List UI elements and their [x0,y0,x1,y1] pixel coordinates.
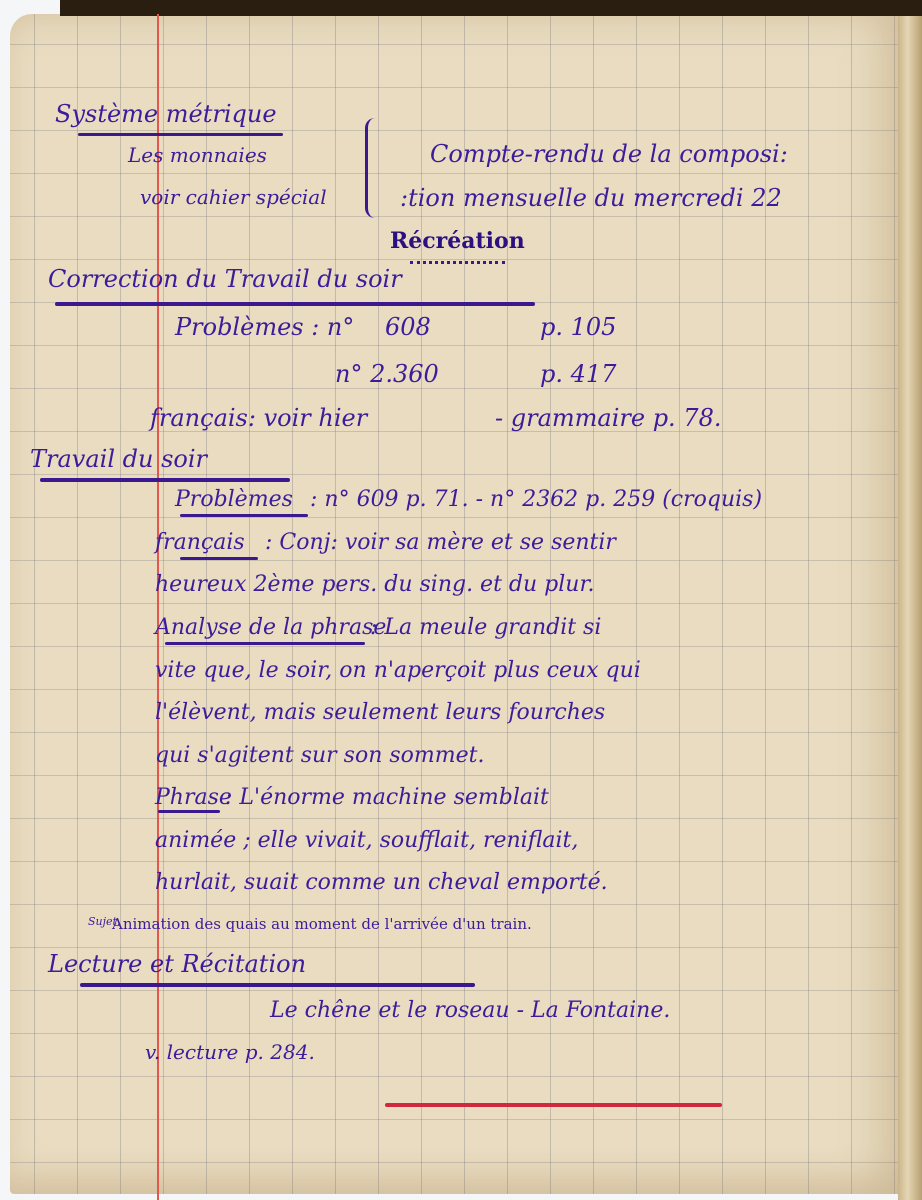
section-lecture-underline [80,983,475,987]
analyse-line2: vite que, le soir, on n'aperçoit plus ce… [155,658,641,683]
travail-francais-line2: heureux 2ème pers. du sing. et du plur. [155,572,595,597]
phrase-line1: : L'énorme machine semblait [225,785,549,810]
compte-rendu-line2: :tion mensuelle du mercredi 22 [400,184,782,212]
problem1-page: p. 105 [540,313,616,341]
problem2-number: n° 2.360 [335,360,439,388]
heading-underline [78,133,283,136]
note-cahier-special: voir cahier spécial [140,185,327,209]
phrase-line3: hurlait, suait comme un cheval emporté. [155,870,608,895]
page-binding-edge [898,16,922,1200]
section-correction-underline [55,302,535,306]
phrase-line2: animée ; elle vivait, soufflait, renifla… [155,828,578,853]
travail-problems-text: : n° 609 p. 71. - n° 2362 p. 259 (croqui… [310,487,762,512]
recreation-wavy-underline [410,255,505,264]
sujet-text: Animation des quais au moment de l'arriv… [112,915,532,933]
heading-systeme-metrique: Système métrique [55,100,277,128]
curly-brace [365,118,382,218]
phrase-label: Phrase [155,785,232,810]
grammaire-ref: - grammaire p. 78. [495,404,721,432]
lecture-line2: v. lecture p. 284. [145,1040,315,1064]
travail-francais-label: français [155,530,245,555]
phrase-underline [158,810,220,813]
francais-voir-hier: français: voir hier [150,404,367,432]
recreation-heading: Récréation [390,228,525,254]
travail-francais-underline [180,557,258,560]
lecture-line1: Le chêne et le roseau - La Fontaine. [270,998,670,1023]
section-travail-title: Travail du soir [30,445,207,473]
analyse-underline [165,642,365,645]
analyse-label: Analyse de la phrase [155,615,386,640]
travail-problems-underline [180,514,308,517]
section-correction-title: Correction du Travail du soir [48,265,402,293]
analyse-line3: l'élèvent, mais seulement leurs fourches [155,700,605,725]
analyse-line4: qui s'agitent sur son sommet. [155,743,485,768]
analyse-line1: : La meule grandit si [370,615,601,640]
problem1-number: 608 [385,313,431,341]
subtitle-monnaies: Les monnaies [128,143,267,167]
red-end-rule [385,1103,722,1107]
problems-label: Problèmes : n° [175,313,354,341]
section-lecture-title: Lecture et Récitation [48,950,306,978]
problem2-page: p. 417 [540,360,616,388]
travail-problems-label: Problèmes [175,487,293,512]
section-travail-underline [40,478,290,482]
travail-francais-text: : Conj: voir sa mère et se sentir [265,530,616,555]
compte-rendu-line1: Compte-rendu de la composi: [430,140,788,168]
page-top-edge [60,0,922,16]
